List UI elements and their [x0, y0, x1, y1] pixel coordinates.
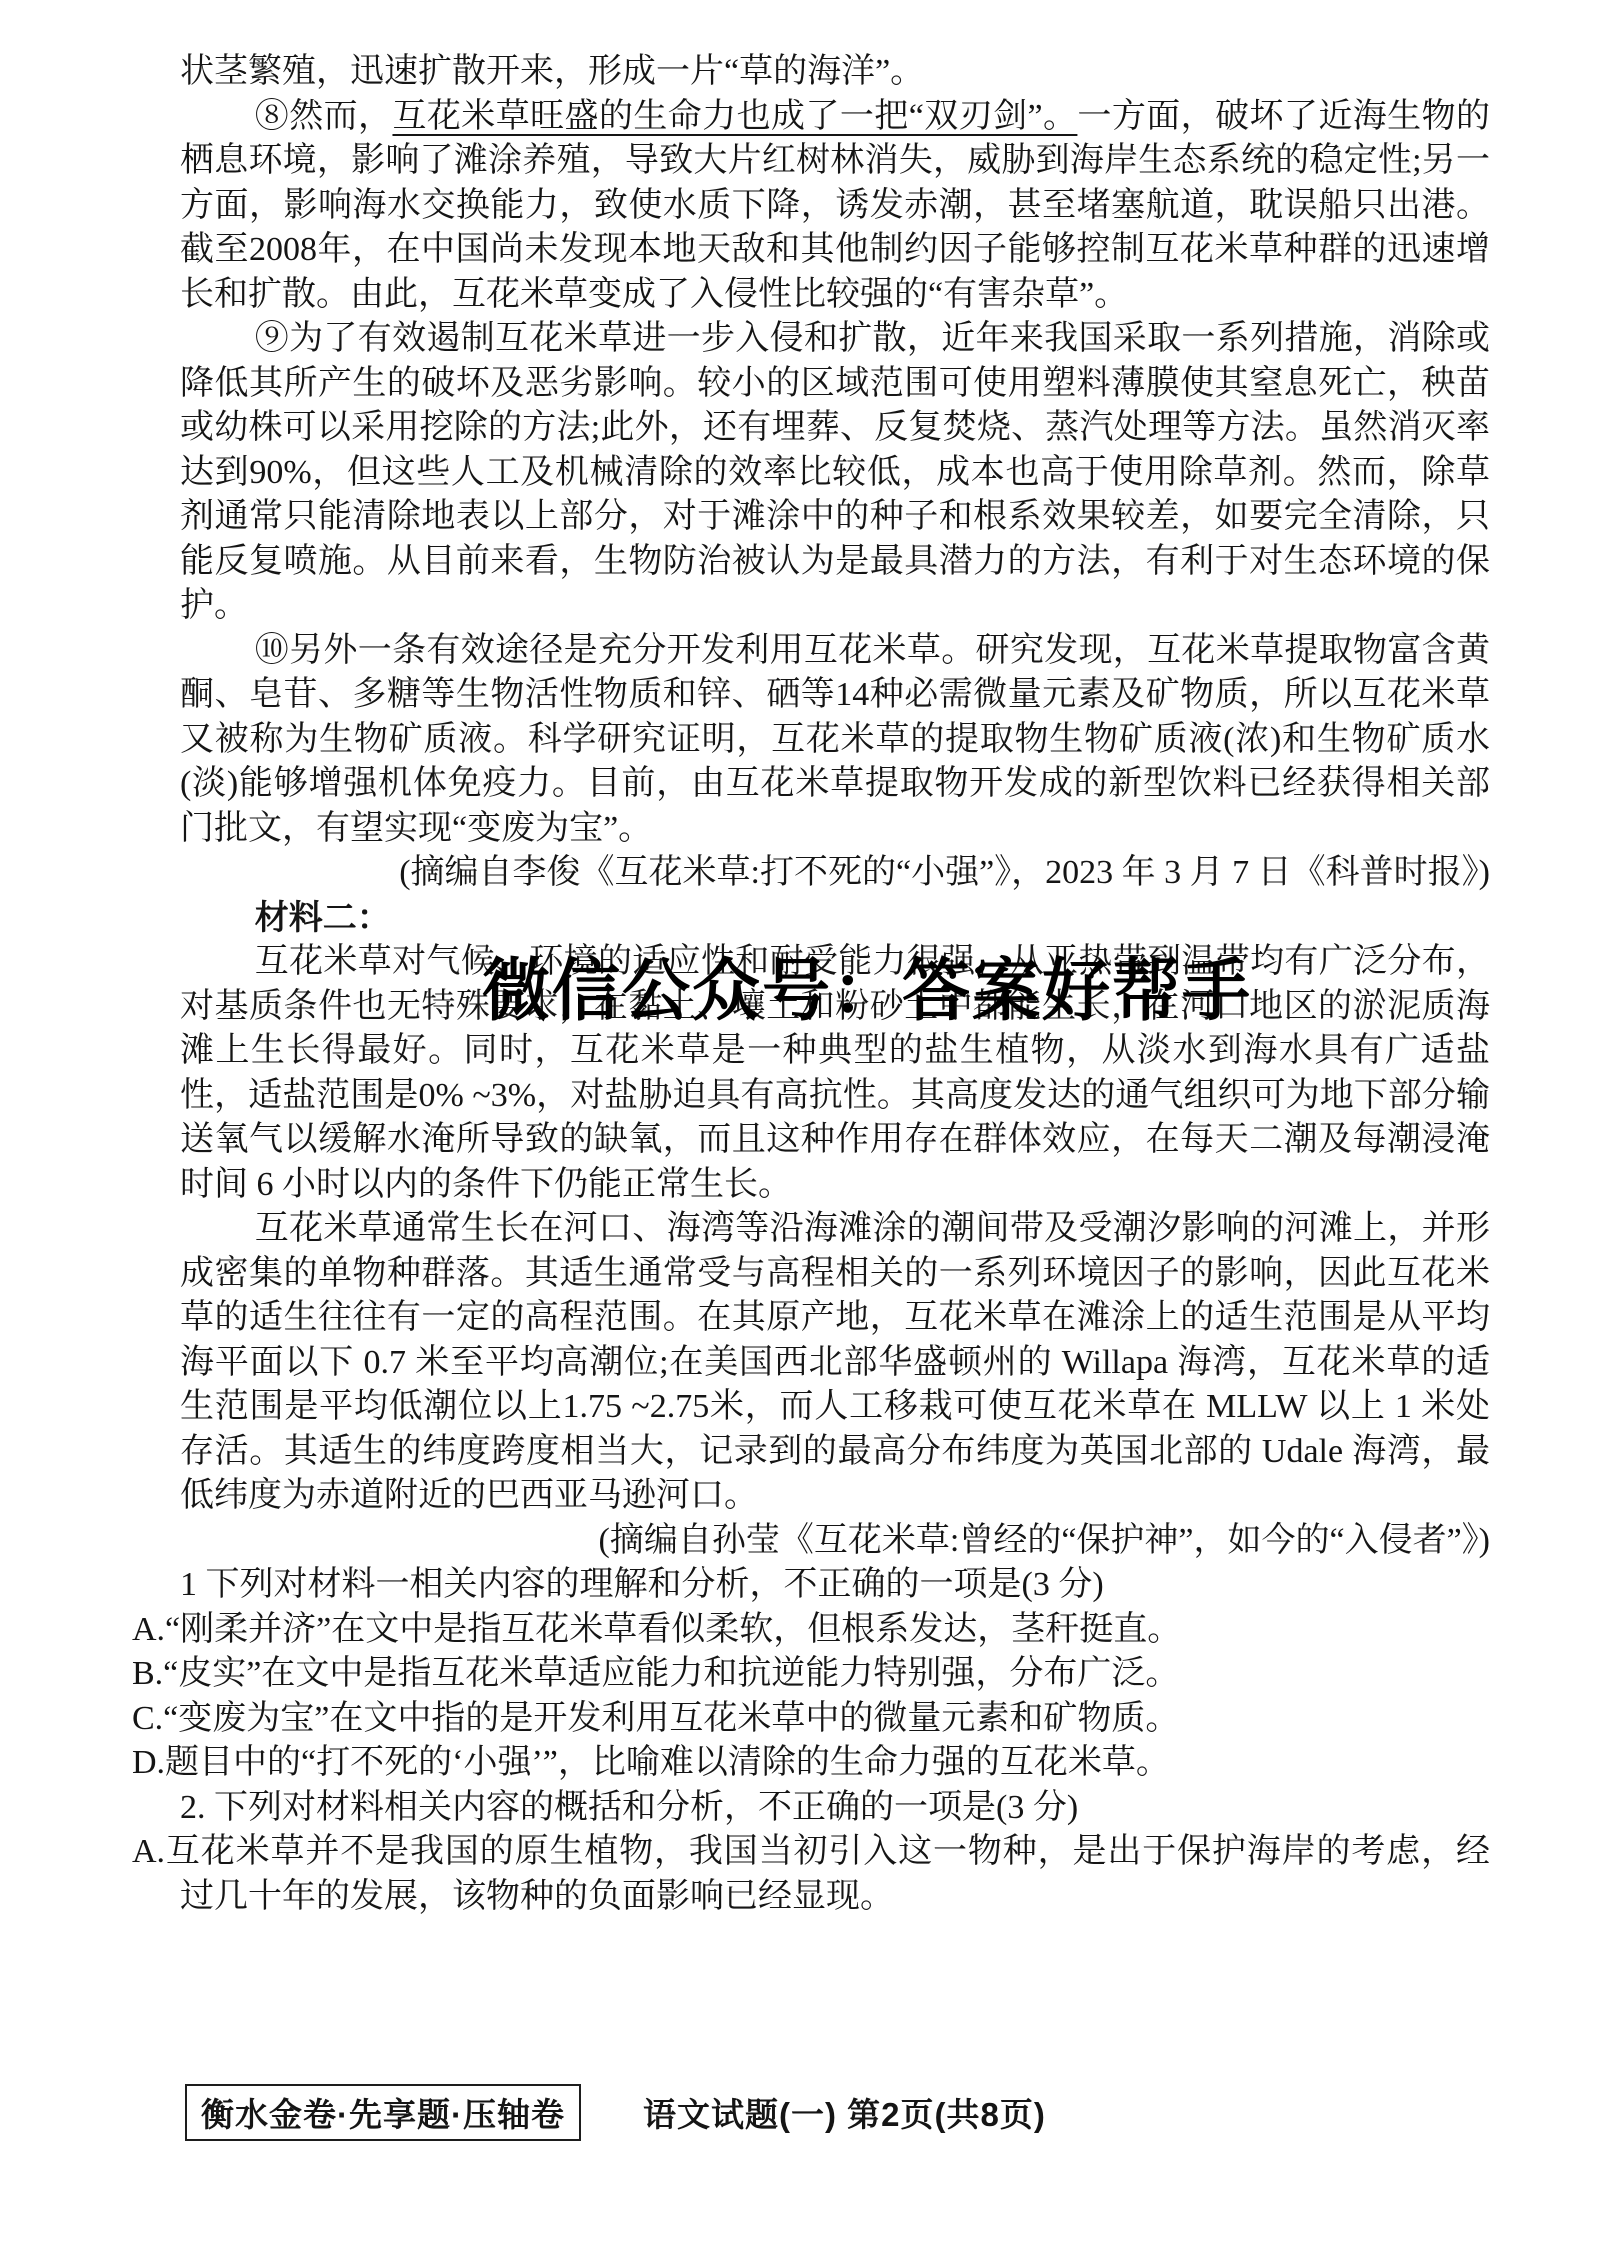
- material2-source-attribution: (摘编自孙莹《互花米草:曾经的“保护神”，如今的“入侵者”》): [180, 1519, 1490, 1564]
- question-2-number: 2.: [180, 1789, 206, 1826]
- paragraph-8-lead: ⑧然而，: [255, 98, 393, 135]
- question-1-option-a: A.“刚柔并济”在文中是指互花米草看似柔软，但根系发达，茎秆挺直。: [180, 1608, 1490, 1653]
- question-1-number: 1: [180, 1566, 197, 1603]
- material2-paragraph-2: 互花米草通常生长在河口、海湾等沿海滩涂的潮间带及受潮汐影响的河滩上，并形成密集的…: [180, 1207, 1490, 1519]
- footer-page-info: 语文试题(一) 第2页(共8页): [643, 2089, 1046, 2136]
- question-1-option-d: D.题目中的“打不死的‘小强’”，比喻难以清除的生命力强的互花米草。: [180, 1741, 1490, 1786]
- question-2-stem: 2. 下列对材料相关内容的概括和分析，不正确的一项是(3 分): [180, 1786, 1490, 1831]
- question-1-option-c: C.“变废为宝”在文中指的是开发利用互花米草中的微量元素和矿物质。: [180, 1697, 1490, 1742]
- page-footer: 衡水金卷·先享题·压轴卷 语文试题(一) 第2页(共8页): [185, 2084, 1490, 2141]
- material1-continuation-line: 状茎繁殖，迅速扩散开来，形成一片“草的海洋”。: [180, 50, 1490, 95]
- paragraph-8-underlined-phrase: 互花米草旺盛的生命力也成了一把“双刃剑”。: [392, 98, 1077, 135]
- material2-heading: 材料二：: [180, 896, 1490, 941]
- question-2-option-a: A.互花米草并不是我国的原生植物，我国当初引入这一物种，是出于保护海岸的考虑，经…: [180, 1830, 1490, 1919]
- question-1-option-b: B.“皮实”在文中是指互花米草适应能力和抗逆能力特别强，分布广泛。: [180, 1652, 1490, 1697]
- footer-series-box: 衡水金卷·先享题·压轴卷: [185, 2084, 581, 2141]
- question-1-stem: 1 下列对材料一相关内容的理解和分析，不正确的一项是(3 分): [180, 1563, 1490, 1608]
- material1-source-attribution: (摘编自李俊《互花米草:打不死的“小强”》，2023 年 3 月 7 日《科普时…: [180, 851, 1490, 896]
- question-2-stem-text: 下列对材料相关内容的概括和分析，不正确的一项是(3 分): [214, 1789, 1078, 1826]
- material1-paragraph-9: ⑨为了有效遏制互花米草进一步入侵和扩散，近年来我国采取一系列措施，消除或降低其所…: [180, 317, 1490, 629]
- question-1: 1 下列对材料一相关内容的理解和分析，不正确的一项是(3 分) A.“刚柔并济”…: [180, 1563, 1490, 1786]
- exam-paper-page: 状茎繁殖，迅速扩散开来，形成一片“草的海洋”。 ⑧然而，互花米草旺盛的生命力也成…: [0, 0, 1602, 2251]
- question-2: 2. 下列对材料相关内容的概括和分析，不正确的一项是(3 分) A.互花米草并不…: [180, 1786, 1490, 1920]
- question-1-stem-text: 下列对材料一相关内容的理解和分析，不正确的一项是(3 分): [206, 1566, 1104, 1603]
- wechat-watermark-overlay: 微信公众号：答案好帮手: [482, 952, 1252, 1030]
- material1-paragraph-8: ⑧然而，互花米草旺盛的生命力也成了一把“双刃剑”。一方面，破坏了近海生物的栖息环…: [180, 95, 1490, 318]
- material1-paragraph-10: ⑩另外一条有效途径是充分开发利用互花米草。研究发现，互花米草提取物富含黄酮、皂苷…: [180, 629, 1490, 852]
